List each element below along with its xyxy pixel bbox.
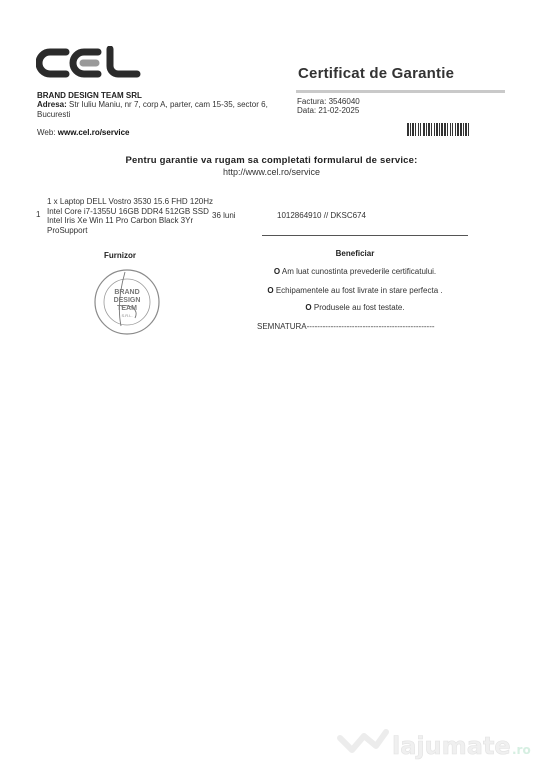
svg-text:S.R.L.: S.R.L.	[121, 313, 132, 318]
invoice-number-row: Factura: 3546040	[297, 97, 360, 106]
company-web: Web: www.cel.ro/service	[37, 128, 130, 137]
item-serial: 1012864910 // DKSC674	[277, 211, 366, 220]
beneficiary-label: Beneficiar	[240, 249, 470, 258]
svg-text:.ro: .ro	[512, 743, 531, 757]
title-divider	[296, 90, 505, 93]
invoice-date: 21-02-2025	[318, 106, 359, 115]
service-instructions: Pentru garantie va rugam sa completati f…	[0, 155, 543, 166]
item-warranty: 36 luni	[212, 211, 236, 220]
item-description: 1 x Laptop DELL Vostro 3530 15.6 FHD 120…	[47, 197, 217, 235]
svg-text:DESIGN: DESIGN	[114, 297, 141, 304]
company-name: BRAND DESIGN TEAM SRL	[37, 91, 142, 100]
item-index: 1	[36, 210, 40, 219]
invoice-info: Factura: 3546040 Data: 21-02-2025	[297, 97, 360, 115]
beneficiary-statement: O Produsele au fost testate.	[240, 303, 470, 312]
checkbox-circle-icon: O	[267, 286, 273, 295]
company-address: Adresa: Str Iuliu Maniu, nr 7, corp A, p…	[37, 100, 287, 120]
serial-underline	[262, 235, 468, 236]
service-url[interactable]: http://www.cel.ro/service	[0, 167, 543, 177]
beneficiary-statement: O Echipamentele au fost livrate in stare…	[240, 286, 470, 295]
invoice-number: 3546040	[329, 97, 360, 106]
signature-line: SEMNATURA-------------------------------…	[257, 322, 435, 331]
beneficiary-statement: O Am luat cunostinta prevederile certifi…	[240, 267, 470, 276]
web-label: Web:	[37, 128, 56, 137]
svg-text:BRAND: BRAND	[114, 289, 139, 296]
company-stamp-icon: BRAND DESIGN TEAM S.R.L.	[91, 266, 163, 336]
address-label: Adresa:	[37, 100, 67, 109]
cel-logo	[36, 46, 142, 80]
web-link[interactable]: www.cel.ro/service	[58, 128, 130, 137]
address-value: Str Iuliu Maniu, nr 7, corp A, parter, c…	[37, 100, 268, 119]
document-title: Certificat de Garantie	[298, 65, 454, 82]
invoice-date-row: Data: 21-02-2025	[297, 106, 360, 115]
checkbox-circle-icon: O	[274, 267, 280, 276]
supplier-label: Furnizor	[70, 251, 170, 260]
lajumate-watermark-icon: lajumate .ro	[336, 722, 536, 764]
checkbox-circle-icon: O	[305, 303, 311, 312]
barcode	[407, 123, 505, 136]
svg-text:lajumate: lajumate	[392, 732, 511, 760]
